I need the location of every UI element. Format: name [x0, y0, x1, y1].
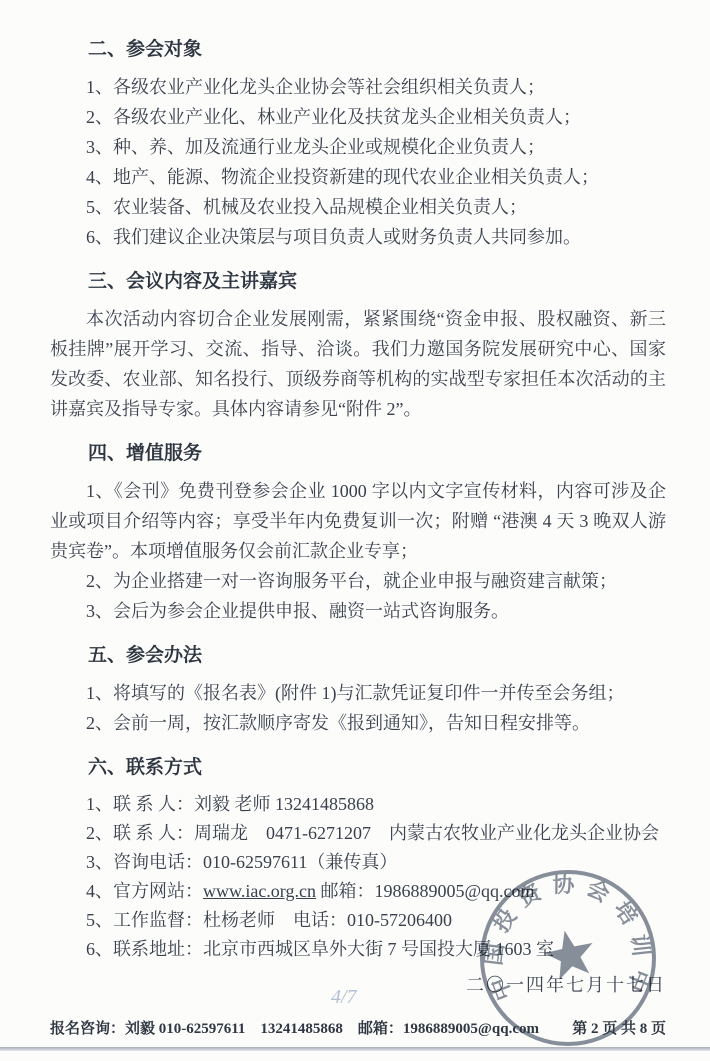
contact-label: 联 系 人：: [113, 794, 194, 814]
section-heading-content-speakers: 三、会议内容及主讲嘉宾: [50, 268, 666, 296]
contact-number: 3、: [86, 852, 113, 872]
scanned-document-page: 二、参会对象 1、各级农业产业化龙头企业协会等社会组织相关负责人； 2、各级农业…: [0, 0, 710, 1061]
footer-value: 刘毅 010-62597611 13241485868 邮箱：198688900…: [125, 1021, 539, 1037]
contact-label: 联 系 人：: [113, 823, 194, 843]
seal-star-icon: [544, 931, 592, 980]
contact-value: 刘毅 老师 13241485868: [194, 794, 374, 814]
contact-value: 杜杨老师 电话：010-57206400: [203, 910, 452, 930]
page-counter-watermark: 4/7: [331, 986, 357, 1009]
list-item: 6、我们建议企业决策层与项目负责人或财务负责人共同参加。: [50, 222, 666, 252]
list-item: 5、农业装备、机械及农业投入品规模企业相关负责人；: [50, 192, 666, 222]
contact-number: 1、: [86, 794, 113, 814]
footer-registration-contact: 报名咨询：刘毅 010-62597611 13241485868 邮箱：1986…: [50, 1019, 539, 1039]
contact-line: 1、联 系 人：刘毅 老师 13241485868: [50, 790, 666, 819]
contact-line: 2、联 系 人：周瑞龙 0471-6271207 内蒙古农牧业产业化龙头企业协会: [50, 819, 666, 848]
section-heading-registration: 五、参会办法: [50, 642, 666, 670]
website-url-text: www.iac.org.cn: [203, 881, 316, 901]
list-item: 1、将填写的《报名表》(附件 1)与汇款凭证复印件一并传至会务组；: [50, 678, 666, 708]
contact-number: 5、: [86, 910, 113, 930]
section-heading-value-added: 四、增值服务: [50, 440, 666, 468]
contact-value: 010-62597611（兼传真）: [203, 852, 397, 872]
section-paragraph: 本次活动内容切合企业发展刚需，紧紧围绕“资金申报、股权融资、新三板挂牌”展开学习…: [50, 304, 666, 424]
list-item: 2、会前一周，按汇款顺序寄发《报到通知》，告知日程安排等。: [50, 708, 666, 738]
contact-number: 4、: [86, 881, 113, 901]
page-bottom-edge: [0, 1047, 710, 1051]
list-item: 2、为企业搭建一对一咨询服务平台，就企业申报与融资建言献策；: [50, 566, 666, 596]
list-item: 3、种、养、加及流通行业龙头企业或规模化企业负责人；: [50, 132, 666, 162]
contact-number: 2、: [86, 823, 113, 843]
list-item: 1、各级农业产业化龙头企业协会等社会组织相关负责人；: [50, 72, 666, 102]
contact-label: 咨询电话：: [113, 852, 203, 872]
page-footer: 报名咨询：刘毅 010-62597611 13241485868 邮箱：1986…: [50, 1019, 666, 1039]
contact-value: 周瑞龙 0471-6271207 内蒙古农牧业产业化龙头企业协会: [194, 823, 659, 843]
list-item: 4、地产、能源、物流企业投资新建的现代农业企业相关负责人；: [50, 162, 666, 192]
contact-label: 官方网站：: [113, 881, 203, 901]
list-item: 2、各级农业产业化、林业产业化及扶贫龙头企业相关负责人；: [50, 102, 666, 132]
section-heading-attendees: 二、参会对象: [50, 36, 666, 64]
list-item: 1、《会刊》免费刊登参会企业 1000 字以内文字宣传材料，内容可涉及企业或项目…: [50, 476, 666, 566]
contact-label: 联系地址：: [113, 939, 203, 959]
footer-label: 报名咨询：: [50, 1021, 125, 1037]
page-number-indicator: 第 2 页 共 8 页: [572, 1019, 666, 1039]
contact-label: 工作监督：: [113, 910, 203, 930]
list-item: 3、会后为参会企业提供申报、融资一站式咨询服务。: [50, 596, 666, 626]
contact-number: 6、: [86, 939, 113, 959]
section-heading-contact: 六、联系方式: [50, 754, 666, 782]
